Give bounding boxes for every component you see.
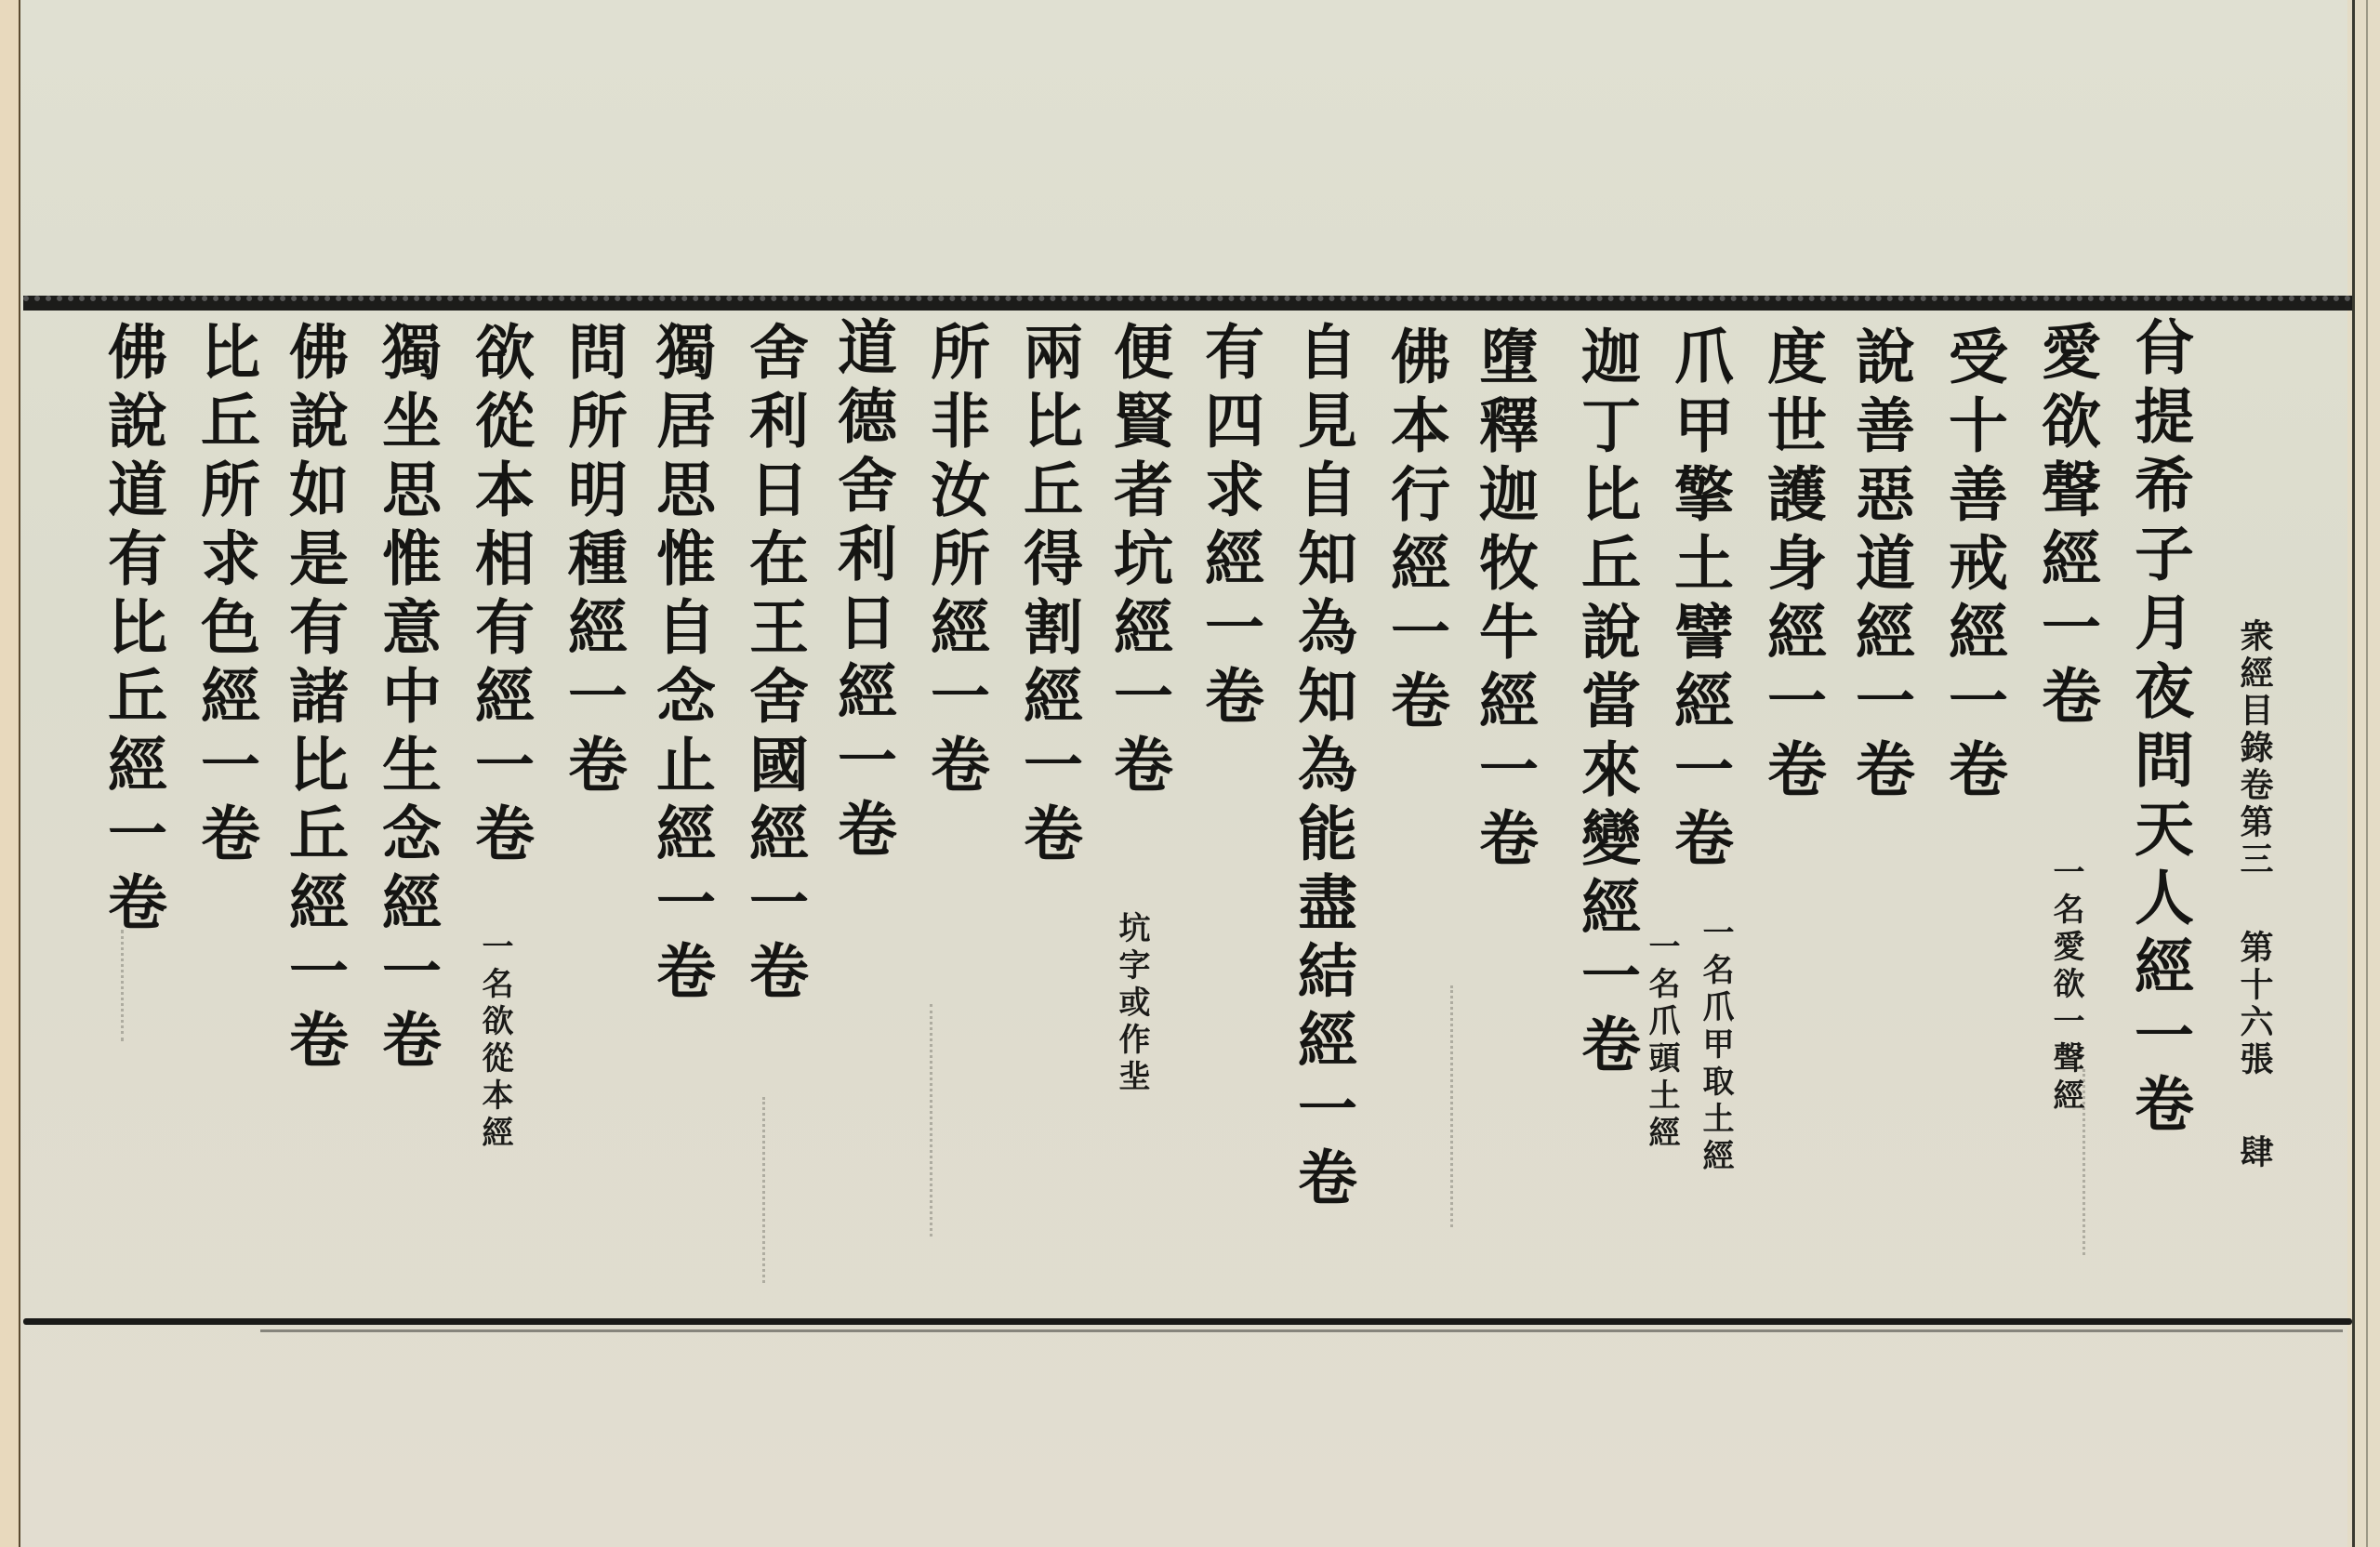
entry-column: 獨坐思惟意中生念經一卷 xyxy=(377,321,436,1078)
entry-column: 說善惡道經一卷 xyxy=(1850,325,1910,807)
right-edge-line-inner xyxy=(2366,0,2368,1547)
entry-column: 愛欲聲經一卷 xyxy=(2036,321,2096,734)
entry-column: 佛說道有比丘經一卷 xyxy=(102,321,162,940)
ink-smudge xyxy=(762,1097,765,1283)
left-edge-line xyxy=(19,0,20,1547)
entry-column: 度世護身經一卷 xyxy=(1762,325,1821,807)
right-edge-line xyxy=(2352,0,2355,1547)
entry-note: 一名愛欲一聲經 xyxy=(2050,855,2082,1116)
ink-smudge xyxy=(121,930,124,1041)
entry-note: 坑字或作㘳 xyxy=(1116,911,1147,1097)
entry-column: 受十善戒經一卷 xyxy=(1943,325,2003,807)
frame-bottom-border-shadow xyxy=(260,1329,2343,1332)
entry-note: 一名爪頭土經 xyxy=(1646,930,1677,1153)
page-mark: 肆 xyxy=(2231,1134,2279,1171)
frame-top-border xyxy=(23,296,2352,311)
volume-title: 衆經目錄卷第三 xyxy=(2231,618,2279,879)
entry-column: 佛說如是有諸比丘經一卷 xyxy=(284,321,343,1078)
entry-column: 墮釋迦牧牛經一卷 xyxy=(1474,325,1533,876)
entry-column: 道德舍利日經一卷 xyxy=(832,316,892,866)
entry-column: 便賢者坑經一卷 xyxy=(1108,321,1168,802)
entry-note: 一名爪甲取土經 xyxy=(1699,916,1731,1176)
entry-column: 所非汝所經一卷 xyxy=(925,321,985,802)
left-binding-edge xyxy=(0,0,20,1547)
entry-column: 爪甲擎土譬經一卷 xyxy=(1669,325,1728,876)
frame-bottom-border xyxy=(23,1318,2352,1325)
entry-column: 欲從本相有經一卷 xyxy=(469,321,529,871)
entry-column: 有四求經一卷 xyxy=(1199,321,1259,734)
entry-column: 自見自知為知為能盡結經一卷 xyxy=(1292,321,1352,1215)
entry-column: 迦丁比丘說當來變經一卷 xyxy=(1576,325,1635,1082)
entry-column: 舍利日在王舍國經一卷 xyxy=(744,321,803,1009)
entry-column: 䏌提希子月夜問天人經一卷 xyxy=(2129,316,2188,1142)
entry-column: 問所明種經一卷 xyxy=(562,321,622,802)
entry-note: 一名欲從本經 xyxy=(479,930,510,1153)
entry-column: 佛本行經一卷 xyxy=(1385,325,1445,738)
entry-column: 比丘所求色經一卷 xyxy=(195,321,255,871)
ink-smudge xyxy=(930,1004,932,1236)
entry-column: 兩比丘得割經一卷 xyxy=(1018,321,1078,871)
ink-smudge xyxy=(1450,985,1453,1227)
sheet-number: 第十六張 xyxy=(2231,930,2279,1078)
entry-column: 獨居思惟自念止經一卷 xyxy=(651,321,710,1009)
